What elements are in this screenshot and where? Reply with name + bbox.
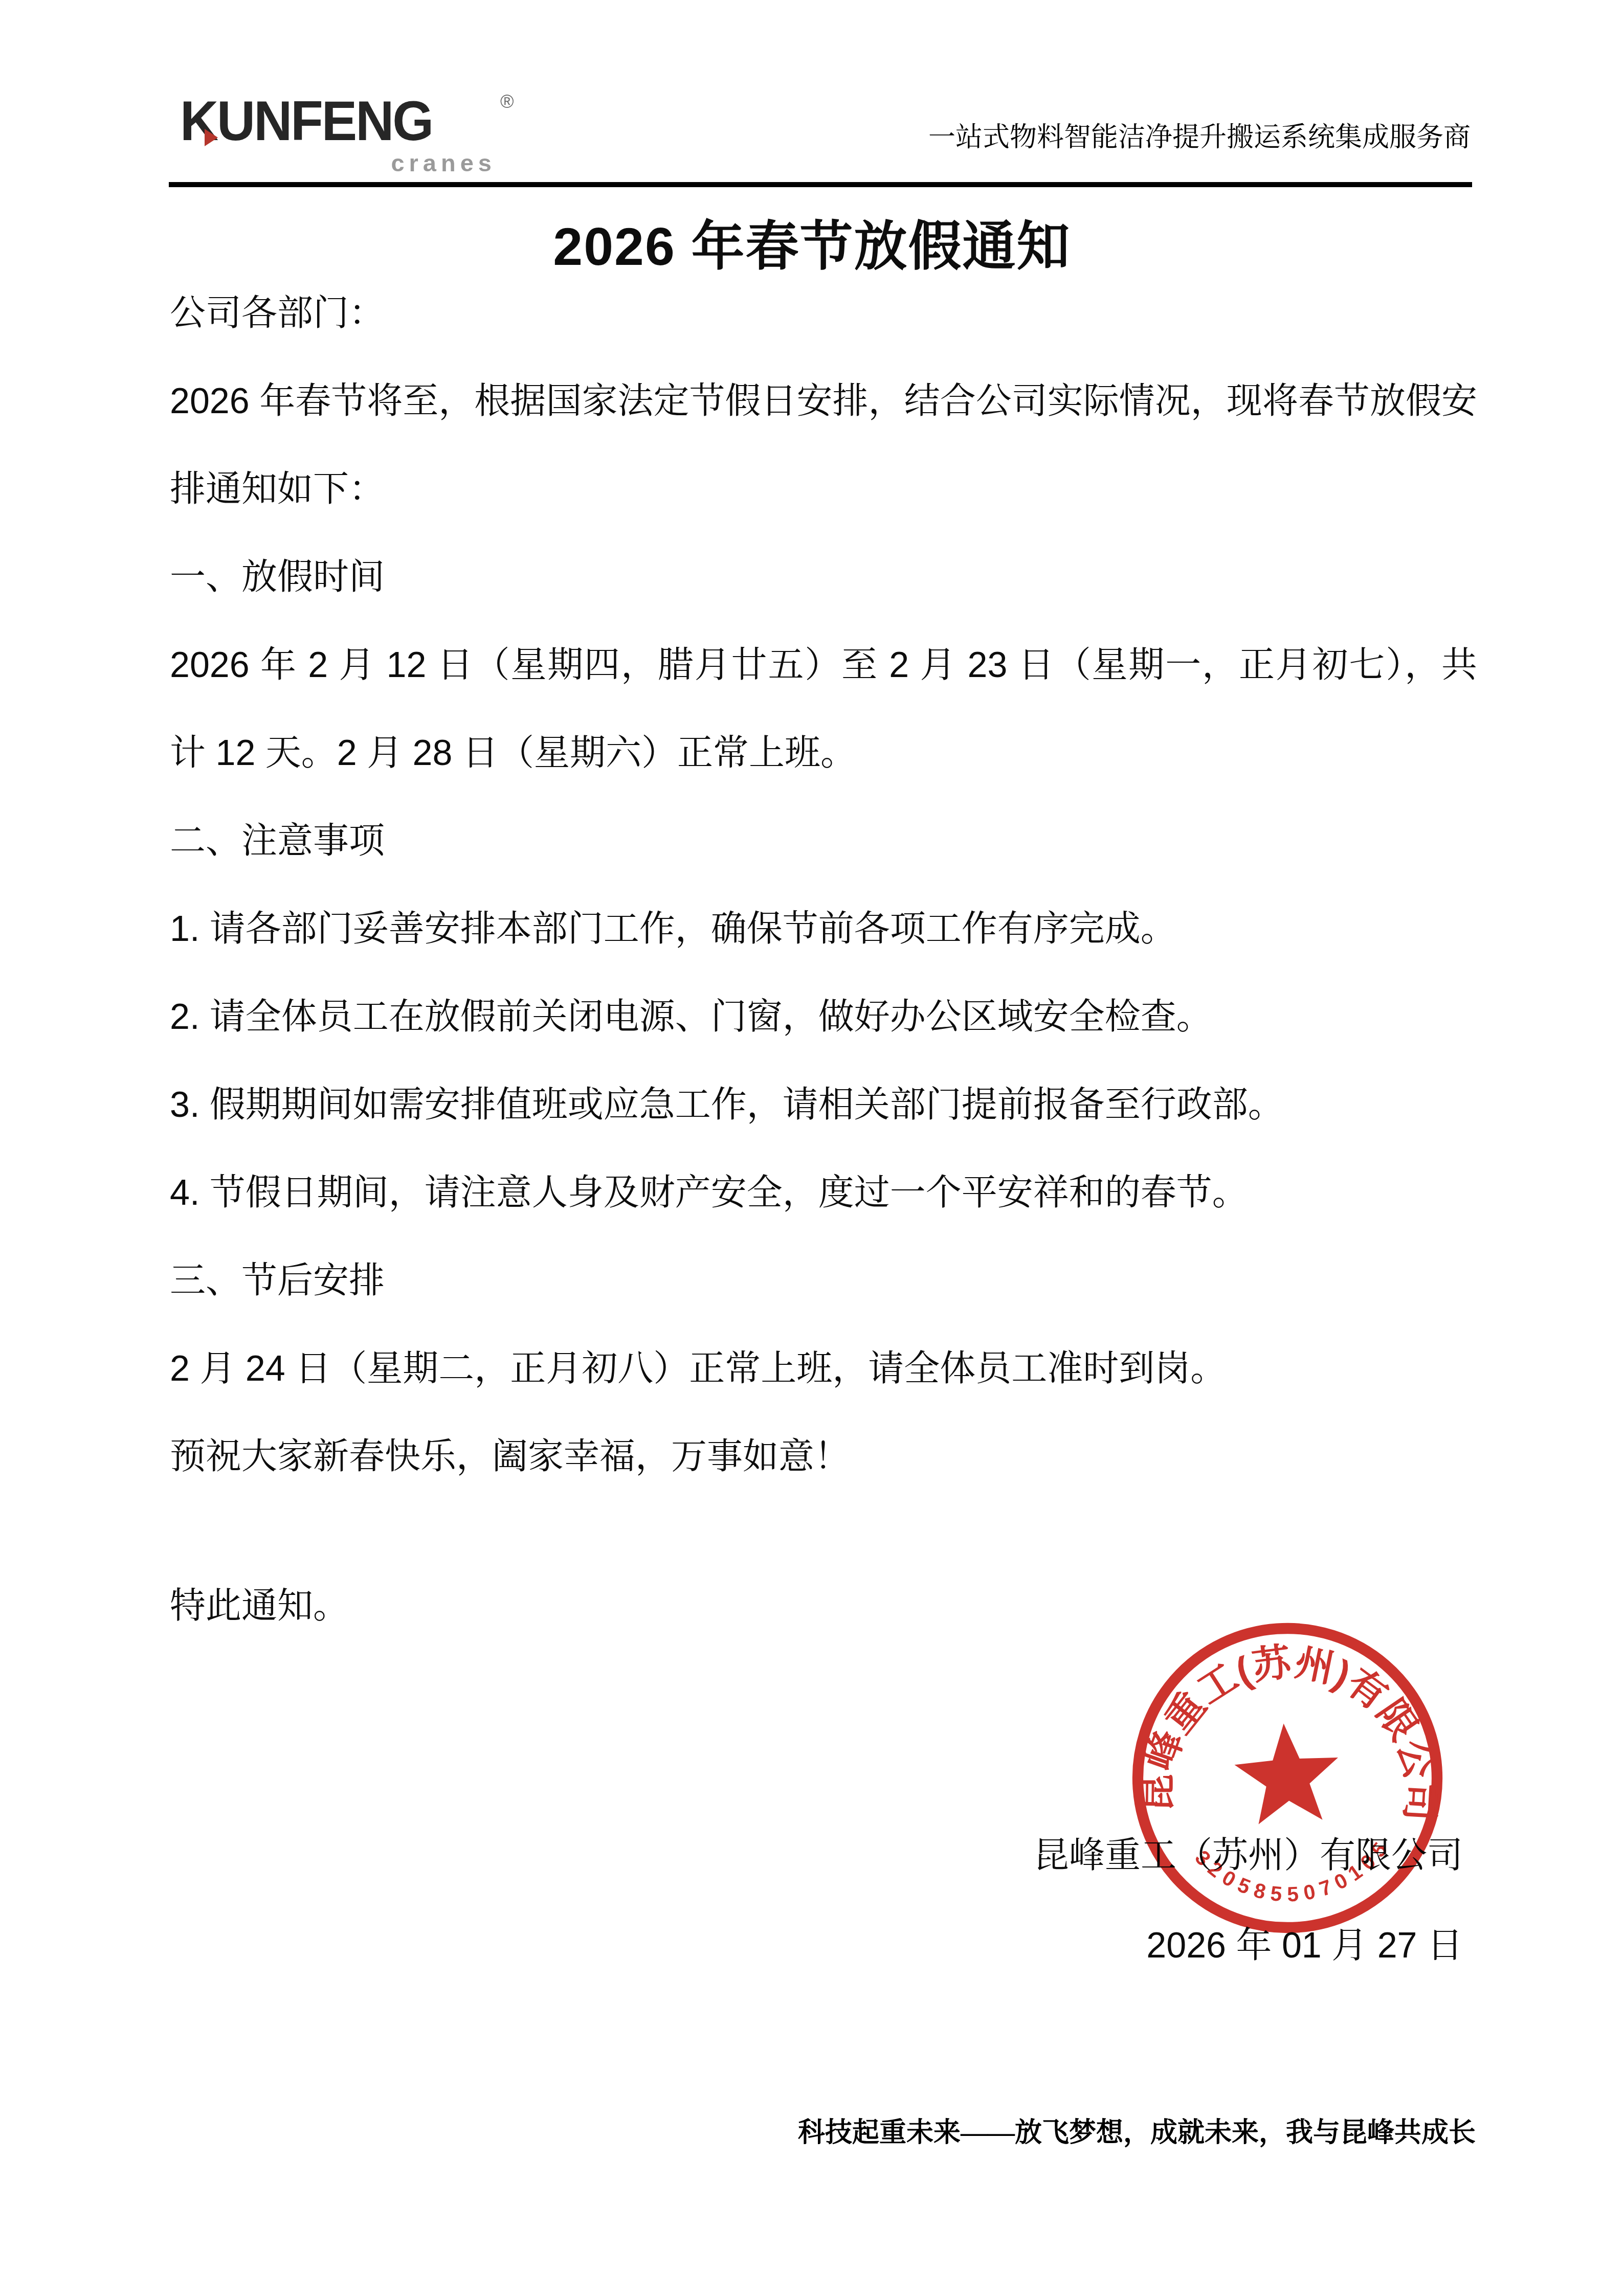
- seal-star-icon: [1232, 1720, 1342, 1826]
- note-item-4: 4. 节假日期间，请注意人身及财产安全，度过一个平安祥和的春节。: [170, 1149, 1477, 1236]
- footer-slogan: 科技起重未来——放飞梦想，成就未来，我与昆峰共成长: [798, 2111, 1476, 2150]
- new-year-wish: 预祝大家新春快乐，阖家幸福，万事如意！: [170, 1412, 1477, 1500]
- salutation: 公司各部门：: [170, 269, 1477, 357]
- section2-heading: 二、注意事项: [170, 797, 1477, 885]
- note-item-3: 3. 假期期间如需安排值班或应急工作，请相关部门提前报备至行政部。: [170, 1061, 1477, 1149]
- section1-paragraph: 2026 年 2 月 12 日（星期四，腊月廿五）至 2 月 23 日（星期一，…: [170, 621, 1477, 797]
- section3-paragraph: 2 月 24 日（星期二，正月初八）正常上班，请全体员工准时到岗。: [170, 1324, 1477, 1412]
- section1-heading: 一、放假时间: [170, 533, 1477, 621]
- notice-document-page: KUNFENG ® cranes 一站式物料智能洁净提升搬运系统集成服务商 20…: [0, 0, 1624, 2296]
- section3-heading: 三、节后安排: [170, 1236, 1477, 1324]
- company-seal-stamp: 昆峰重工(苏州)有限公司 3205855070105: [1110, 1601, 1465, 1955]
- registered-trademark-icon: ®: [500, 91, 514, 112]
- header-divider: [169, 182, 1472, 187]
- note-item-1: 1. 请各部门妥善安排本部门工作，确保节前各项工作有序完成。: [170, 885, 1477, 973]
- intro-paragraph: 2026 年春节将至，根据国家法定节假日安排，结合公司实际情况，现将春节放假安排…: [170, 357, 1477, 533]
- logo-cranes-subtitle: cranes: [327, 149, 496, 177]
- note-item-2: 2. 请全体员工在放假前关闭电源、门窗，做好办公区域安全检查。: [170, 973, 1477, 1061]
- logo-red-triangle-icon: [205, 129, 218, 146]
- company-tagline: 一站式物料智能洁净提升搬运系统集成服务商: [928, 116, 1471, 154]
